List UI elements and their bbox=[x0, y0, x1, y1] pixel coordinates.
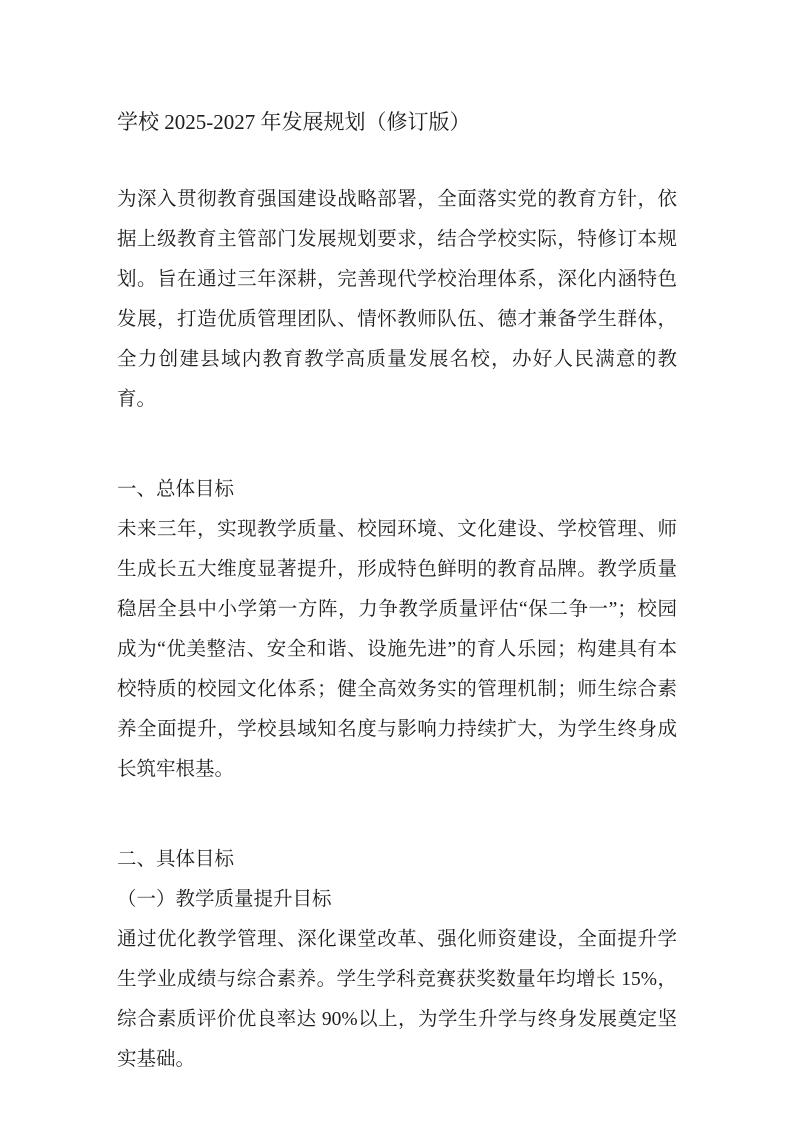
document-title: 学校 2025-2027 年发展规划（修订版） bbox=[117, 102, 677, 142]
paragraph-overall-goals: 未来三年，实现教学质量、校园环境、文化建设、学校管理、师生成长五大维度显著提升，… bbox=[117, 510, 677, 790]
section-heading-specific-goals: 二、具体目标 bbox=[117, 840, 677, 880]
paragraph-teaching-quality: 通过优化教学管理、深化课堂改革、强化师资建设，全面提升学生学业成绩与综合素养。学… bbox=[117, 920, 677, 1080]
section-heading-overall-goals: 一、总体目标 bbox=[117, 470, 677, 510]
paragraph-introduction: 为深入贯彻教育强国建设战略部署，全面落实党的教育方针，依据上级教育主管部门发展规… bbox=[117, 180, 677, 420]
document-page: 学校 2025-2027 年发展规划（修订版） 为深入贯彻教育强国建设战略部署，… bbox=[0, 0, 793, 1122]
subsection-heading-teaching-quality: （一）教学质量提升目标 bbox=[117, 880, 677, 920]
